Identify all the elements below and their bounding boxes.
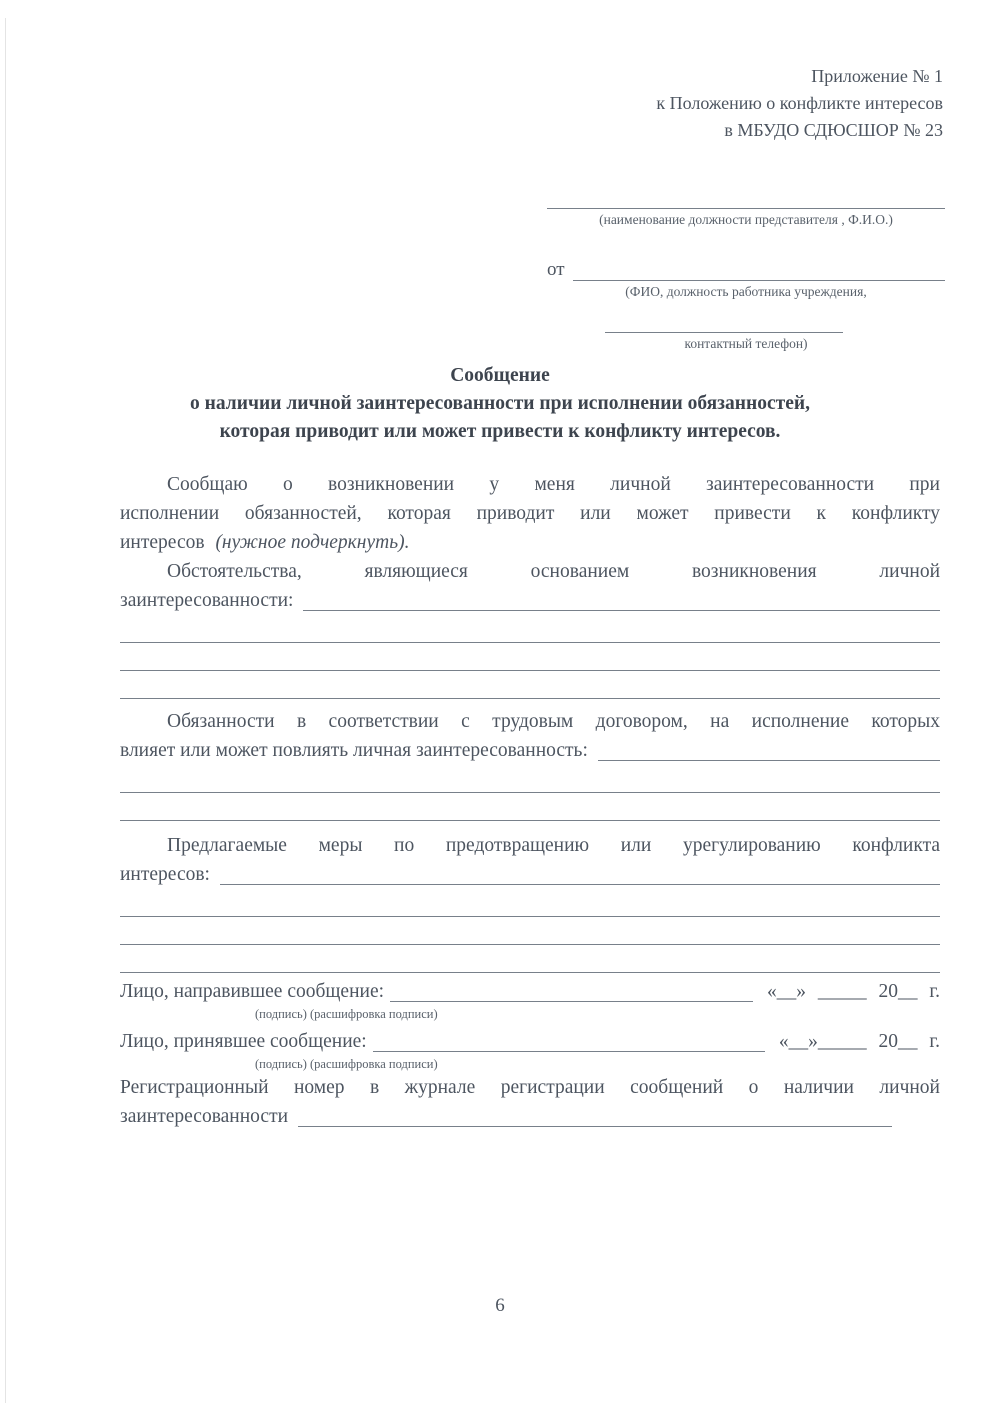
sender-row: Лицо, направившее сообщение: «__» _____ … [120,977,940,1006]
circumstances-label: заинтересованности: [120,586,293,615]
addressee-block: (наименование должности представителя , … [547,190,945,352]
title-line-2: о наличии личной заинтересованности при … [0,390,1000,418]
measures-write-line [220,884,940,885]
duties-write-line [598,760,940,761]
from-row: от [547,258,945,281]
phone-line [605,300,843,333]
blank-write-line [120,671,940,699]
employee-caption: (ФИО, должность работника учреждения, [547,283,945,300]
receiver-row: Лицо, принявшее сообщение: «__»_____ 20_… [120,1027,940,1056]
appendix-header: Приложение № 1 к Положению о конфликте и… [0,0,943,144]
registration-write-line [298,1126,892,1127]
blank-write-line [120,765,940,793]
blank-write-line [120,615,940,643]
blank-write-line [120,643,940,671]
title-line-1: Сообщение [0,362,1000,390]
phone-caption: контактный телефон) [547,335,945,352]
intro-line-1: Сообщаю о возникновении у меня личной за… [120,470,940,499]
duties-label: влияет или может повлиять личная заинтер… [120,736,588,765]
receiver-label: Лицо, принявшее сообщение: [120,1027,367,1056]
title-line-3: которая приводит или может привести к ко… [0,418,1000,446]
circumstances-write-line [303,610,940,611]
sender-signature-line [390,1001,753,1002]
sender-signature-caption: (подпись) (расшифровка подписи) [255,1006,940,1023]
circumstances-blank-lines [120,615,940,699]
employee-name-line [573,258,945,281]
blank-write-line [120,917,940,945]
appendix-header-line-3: в МБУДО СДЮСШОР № 23 [0,117,943,144]
document-title: Сообщение о наличии личной заинтересован… [0,362,1000,446]
document-body: Сообщаю о возникновении у меня личной за… [120,470,940,1131]
duties-line-1: Обязанности в соответствии с трудовым до… [120,707,940,736]
blank-write-line [120,889,940,917]
circumstances-paragraph: Обстоятельства, являющиеся основанием во… [120,557,940,699]
duties-paragraph: Обязанности в соответствии с трудовым до… [120,707,940,821]
intro-paragraph: Сообщаю о возникновении у меня личной за… [120,470,940,557]
appendix-header-line-1: Приложение № 1 [0,63,943,90]
intro-line-3-text: интересов [120,532,205,553]
intro-line-3: интересов (нужное подчеркнуть). [120,528,940,557]
circumstances-fill-row: заинтересованности: [120,586,940,615]
sender-label: Лицо, направившее сообщение: [120,977,384,1006]
measures-label: интересов: [120,860,210,889]
position-signature-line [547,190,945,209]
position-caption: (наименование должности представителя , … [547,211,945,228]
receiver-signature-line [373,1051,765,1052]
registration-paragraph: Регистрационный номер в журнале регистра… [120,1073,940,1131]
registration-line-1: Регистрационный номер в журнале регистра… [120,1073,940,1102]
document-page: Приложение № 1 к Положению о конфликте и… [0,0,1000,1413]
from-label: от [547,259,565,281]
underline-instruction-note: (нужное подчеркнуть). [215,532,409,553]
receiver-date: «__»_____ 20__ г. [779,1027,940,1056]
measures-fill-row: интересов: [120,860,940,889]
measures-line-1: Предлагаемые меры по предотвращению или … [120,831,940,860]
duties-blank-lines [120,765,940,821]
circumstances-line-1: Обстоятельства, являющиеся основанием во… [120,557,940,586]
duties-fill-row: влияет или может повлиять личная заинтер… [120,736,940,765]
registration-fill-row: заинтересованности [120,1102,940,1131]
blank-write-line [120,945,940,973]
intro-line-2: исполнении обязанностей, которая приводи… [120,499,940,528]
sender-date: «__» _____ 20__ г. [767,977,940,1006]
appendix-header-line-2: к Положению о конфликте интересов [0,90,943,117]
measures-blank-lines [120,889,940,973]
measures-paragraph: Предлагаемые меры по предотвращению или … [120,831,940,973]
page-number: 6 [0,1295,1000,1317]
receiver-signature-caption: (подпись) (расшифровка подписи) [255,1056,940,1073]
blank-write-line [120,793,940,821]
registration-label: заинтересованности [120,1102,288,1131]
